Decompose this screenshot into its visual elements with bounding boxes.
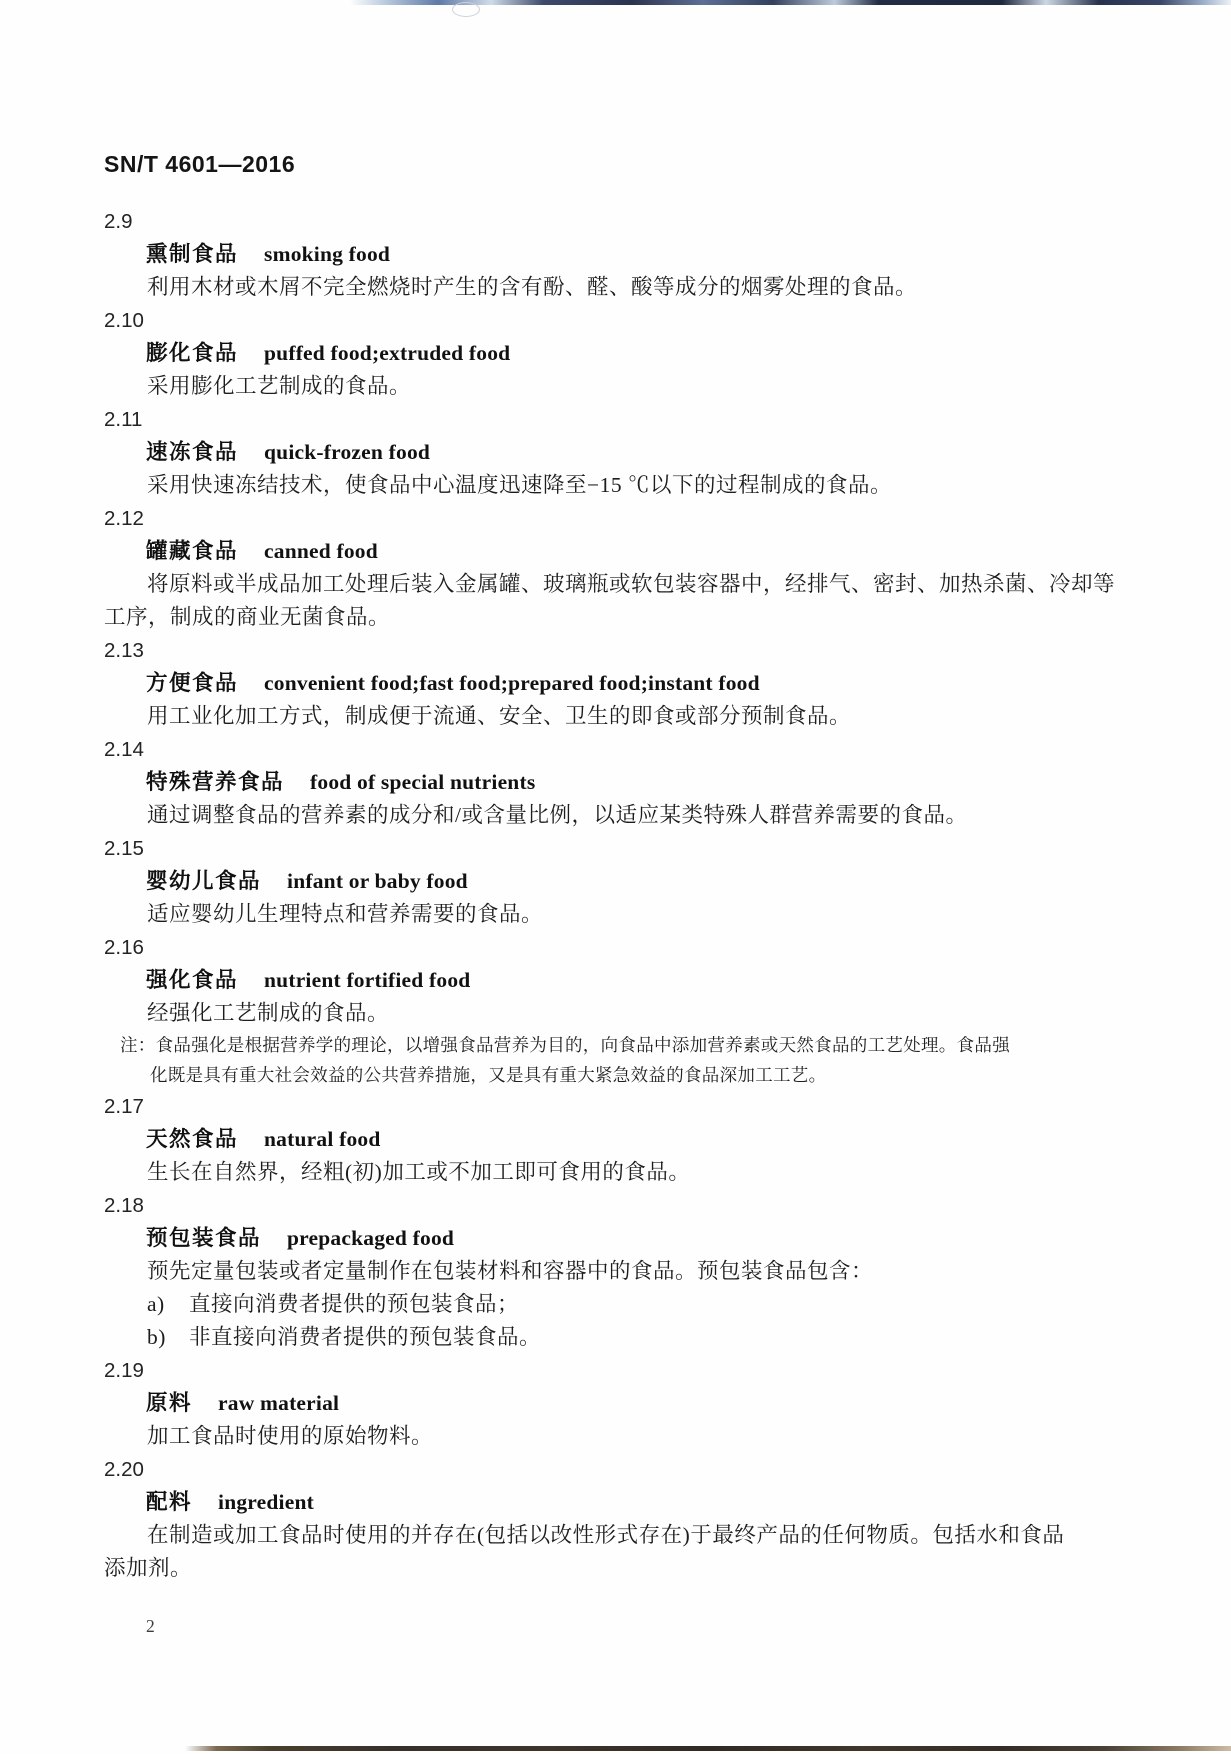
term-chinese: 方便食品 xyxy=(146,671,238,695)
term-heading: 原料raw material xyxy=(104,1387,1144,1420)
list-item-text: 非直接向消费者提供的预包装食品。 xyxy=(189,1325,541,1349)
list-item: a)直接向消费者提供的预包装食品； xyxy=(104,1288,1144,1321)
term-english: prepackaged food xyxy=(287,1226,454,1250)
term-heading: 天然食品natural food xyxy=(104,1123,1144,1156)
term-heading: 膨化食品puffed food;extruded food xyxy=(104,337,1144,370)
term-definition-line: 将原料或半成品加工处理后装入金属罐、玻璃瓶或软包装容器中，经排气、密封、加热杀菌… xyxy=(104,568,1144,601)
term-entry: 2.16强化食品nutrient fortified food经强化工艺制成的食… xyxy=(104,931,1144,1090)
term-entry: 2.11速冻食品quick-frozen food采用快速冻结技术，使食品中心温… xyxy=(104,403,1144,502)
term-english: smoking food xyxy=(264,242,390,266)
term-entry: 2.10膨化食品puffed food;extruded food采用膨化工艺制… xyxy=(104,304,1144,403)
list-item-text: 直接向消费者提供的预包装食品； xyxy=(189,1292,519,1316)
term-english: raw material xyxy=(218,1391,339,1415)
term-number: 2.12 xyxy=(104,502,1144,535)
page-content: SN/T 4601—2016 2.9熏制食品smoking food利用木材或木… xyxy=(104,148,1144,1585)
term-number: 2.13 xyxy=(104,634,1144,667)
terminology-entries: 2.9熏制食品smoking food利用木材或木屑不完全燃烧时产生的含有酚、醛… xyxy=(104,205,1144,1585)
scan-artifact-top-edge xyxy=(350,0,1231,5)
term-number: 2.9 xyxy=(104,205,1144,238)
term-heading: 方便食品convenient food;fast food;prepared f… xyxy=(104,667,1144,700)
term-definition-line: 适应婴幼儿生理特点和营养需要的食品。 xyxy=(104,898,1144,931)
term-definition-line: 用工业化加工方式，制成便于流通、安全、卫生的即食或部分预制食品。 xyxy=(104,700,1144,733)
list-item-marker: a) xyxy=(147,1288,189,1321)
term-chinese: 婴幼儿食品 xyxy=(146,869,261,893)
term-english: food of special nutrients xyxy=(310,770,535,794)
scan-artifact-ellipse-mark xyxy=(452,2,480,17)
note-line: 化既是具有重大社会效益的公共营养措施，又是具有重大紧急效益的食品深加工工艺。 xyxy=(104,1060,1144,1090)
term-number: 2.15 xyxy=(104,832,1144,865)
term-number: 2.11 xyxy=(104,403,1144,436)
term-chinese: 原料 xyxy=(146,1391,192,1415)
term-entry: 2.20配料ingredient在制造或加工食品时使用的并存在(包括以改性形式存… xyxy=(104,1453,1144,1585)
list-item: b)非直接向消费者提供的预包装食品。 xyxy=(104,1321,1144,1354)
term-definition-line: 通过调整食品的营养素的成分和/或含量比例，以适应某类特殊人群营养需要的食品。 xyxy=(104,799,1144,832)
term-chinese: 速冻食品 xyxy=(146,440,238,464)
document-page: SN/T 4601—2016 2.9熏制食品smoking food利用木材或木… xyxy=(0,0,1231,1754)
term-entry: 2.17天然食品natural food生长在自然界，经粗(初)加工或不加工即可… xyxy=(104,1090,1144,1189)
term-definition-line: 采用膨化工艺制成的食品。 xyxy=(104,370,1144,403)
term-definition-line: 预先定量包装或者定量制作在包装材料和容器中的食品。预包装食品包含： xyxy=(104,1255,1144,1288)
term-english: quick-frozen food xyxy=(264,440,430,464)
term-definition-line: 生长在自然界，经粗(初)加工或不加工即可食用的食品。 xyxy=(104,1156,1144,1189)
term-heading: 预包装食品prepackaged food xyxy=(104,1222,1144,1255)
term-chinese: 熏制食品 xyxy=(146,242,238,266)
term-english: ingredient xyxy=(218,1490,314,1514)
list-item-marker: b) xyxy=(147,1321,189,1354)
page-number: 2 xyxy=(146,1616,155,1637)
term-heading: 熏制食品smoking food xyxy=(104,238,1144,271)
term-chinese: 强化食品 xyxy=(146,968,238,992)
term-chinese: 预包装食品 xyxy=(146,1226,261,1250)
term-chinese: 罐藏食品 xyxy=(146,539,238,563)
term-entry: 2.12罐藏食品canned food将原料或半成品加工处理后装入金属罐、玻璃瓶… xyxy=(104,502,1144,634)
term-chinese: 天然食品 xyxy=(146,1127,238,1151)
term-definition-line: 加工食品时使用的原始物料。 xyxy=(104,1420,1144,1453)
term-english: natural food xyxy=(264,1127,380,1151)
term-number: 2.18 xyxy=(104,1189,1144,1222)
term-english: infant or baby food xyxy=(287,869,468,893)
term-number: 2.14 xyxy=(104,733,1144,766)
term-entry: 2.14特殊营养食品food of special nutrients通过调整食… xyxy=(104,733,1144,832)
term-entry: 2.13方便食品convenient food;fast food;prepar… xyxy=(104,634,1144,733)
term-heading: 配料ingredient xyxy=(104,1486,1144,1519)
term-definition-line: 在制造或加工食品时使用的并存在(包括以改性形式存在)于最终产品的任何物质。包括水… xyxy=(104,1519,1144,1552)
term-heading: 婴幼儿食品infant or baby food xyxy=(104,865,1144,898)
term-definition-line: 添加剂。 xyxy=(104,1552,1144,1585)
term-definition-line: 工序，制成的商业无菌食品。 xyxy=(104,601,1144,634)
term-heading: 速冻食品quick-frozen food xyxy=(104,436,1144,469)
term-entry: 2.9熏制食品smoking food利用木材或木屑不完全燃烧时产生的含有酚、醛… xyxy=(104,205,1144,304)
term-number: 2.20 xyxy=(104,1453,1144,1486)
term-number: 2.17 xyxy=(104,1090,1144,1123)
term-english: puffed food;extruded food xyxy=(264,341,510,365)
scan-artifact-bottom-edge xyxy=(185,1746,1231,1751)
term-number: 2.10 xyxy=(104,304,1144,337)
term-heading: 强化食品nutrient fortified food xyxy=(104,964,1144,997)
term-entry: 2.18预包装食品prepackaged food预先定量包装或者定量制作在包装… xyxy=(104,1189,1144,1354)
term-entry: 2.15婴幼儿食品infant or baby food适应婴幼儿生理特点和营养… xyxy=(104,832,1144,931)
standard-code-header: SN/T 4601—2016 xyxy=(104,148,1144,181)
term-english: canned food xyxy=(264,539,378,563)
term-definition-line: 利用木材或木屑不完全燃烧时产生的含有酚、醛、酸等成分的烟雾处理的食品。 xyxy=(104,271,1144,304)
term-english: nutrient fortified food xyxy=(264,968,470,992)
term-number: 2.19 xyxy=(104,1354,1144,1387)
term-heading: 特殊营养食品food of special nutrients xyxy=(104,766,1144,799)
term-definition-line: 经强化工艺制成的食品。 xyxy=(104,997,1144,1030)
term-definition-line: 采用快速冻结技术，使食品中心温度迅速降至−15 ℃以下的过程制成的食品。 xyxy=(104,469,1144,502)
term-entry: 2.19原料raw material加工食品时使用的原始物料。 xyxy=(104,1354,1144,1453)
term-heading: 罐藏食品canned food xyxy=(104,535,1144,568)
note-line: 注：食品强化是根据营养学的理论，以增强食品营养为目的，向食品中添加营养素或天然食… xyxy=(104,1030,1144,1060)
term-chinese: 特殊营养食品 xyxy=(146,770,284,794)
term-chinese: 配料 xyxy=(146,1490,192,1514)
term-chinese: 膨化食品 xyxy=(146,341,238,365)
term-number: 2.16 xyxy=(104,931,1144,964)
term-english: convenient food;fast food;prepared food;… xyxy=(264,671,760,695)
